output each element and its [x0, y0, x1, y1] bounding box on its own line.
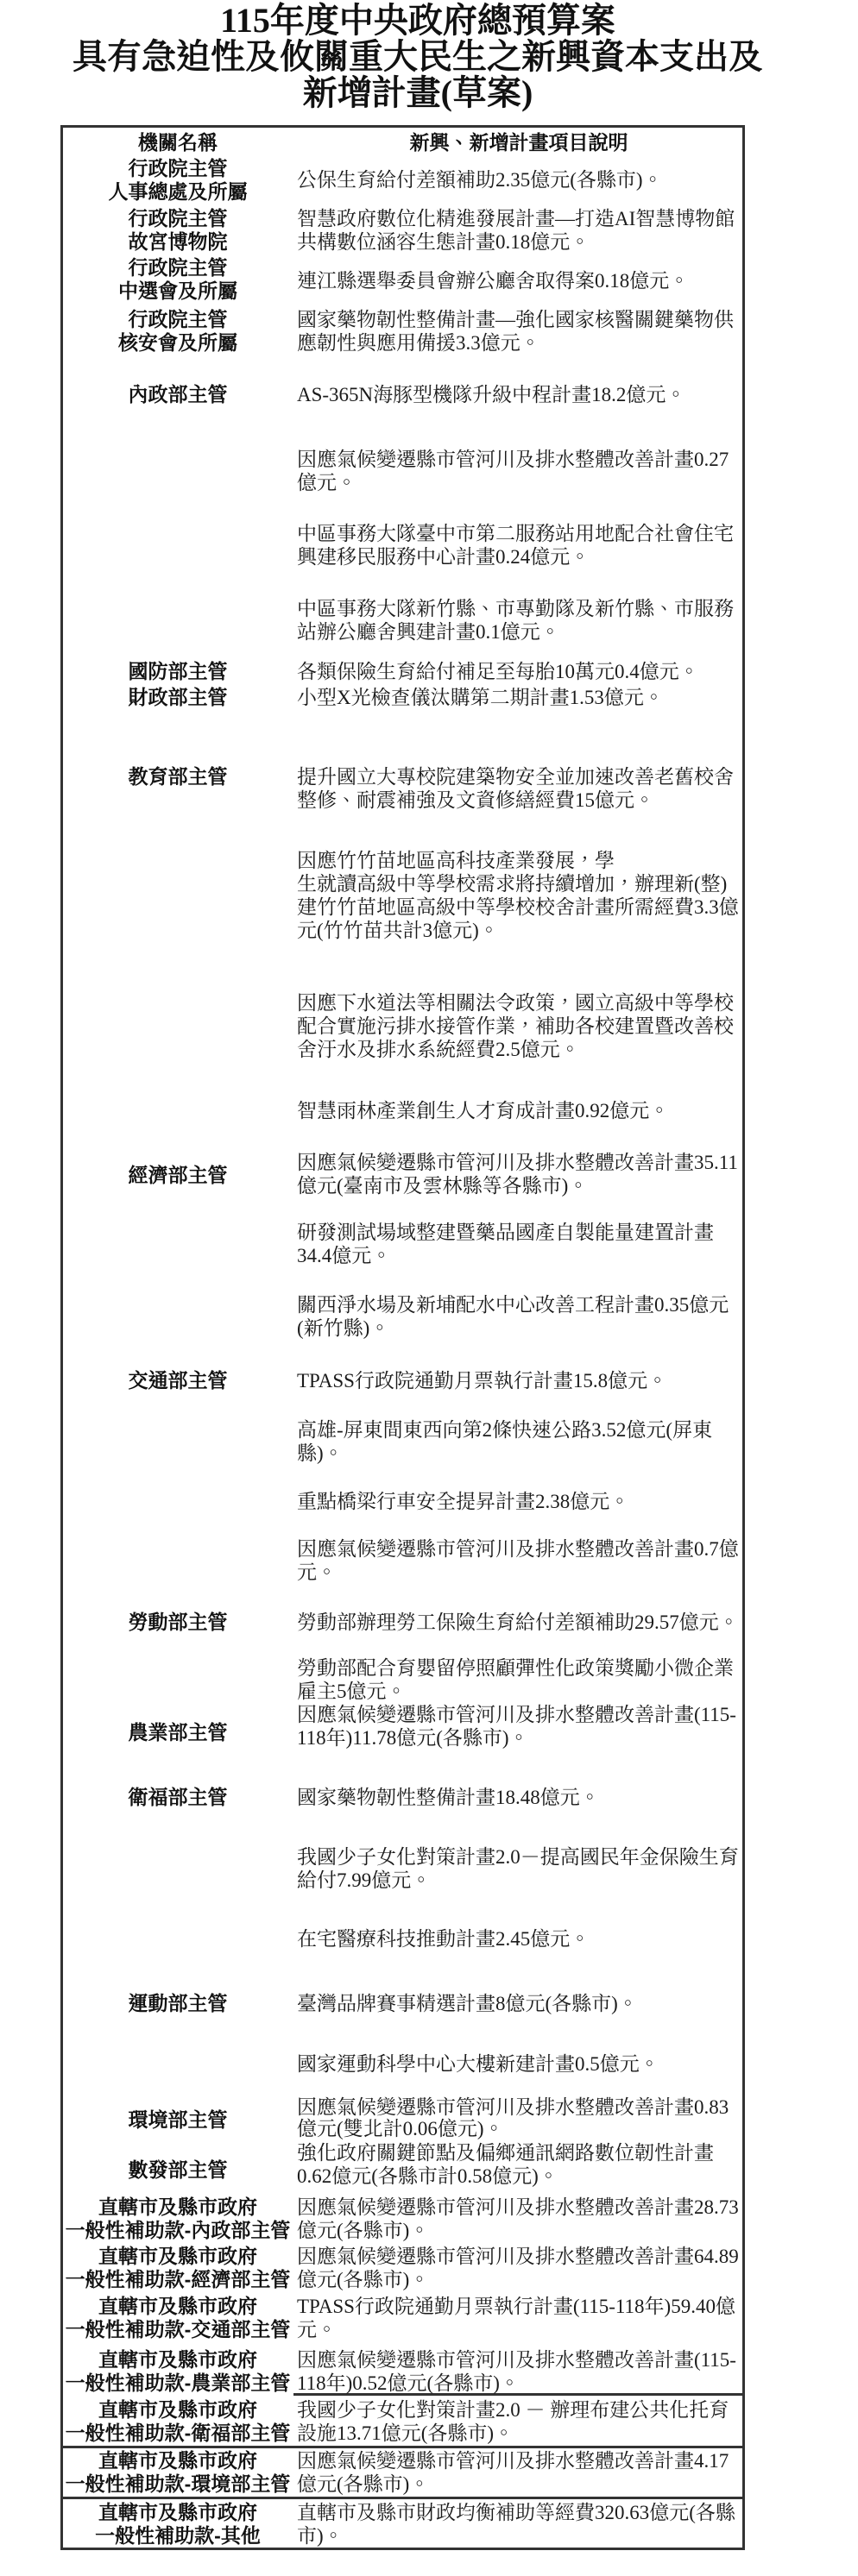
- description-line: 站辦公廳舍興建計畫0.1億元。: [297, 620, 742, 644]
- description-item: 連江縣選舉委員會辦公廳舍取得案0.18億元。: [297, 269, 742, 292]
- description-item: 因應氣候變遷縣市管河川及排水整體改善計畫28.73 億元(各縣市)。: [297, 2196, 742, 2242]
- agency-line: 交通部主管: [62, 1369, 293, 1392]
- agency-cell: 直轄市及縣市政府 一般性補助款-農業部主管: [62, 2348, 293, 2395]
- agency-line: 勞動部主管: [62, 1611, 293, 1634]
- description-line: 臺灣品牌賽事精選計畫8億元(各縣市)。: [297, 1992, 742, 2015]
- description-item: 中區事務大隊新竹縣、市專勤隊及新竹縣、市服務 站辦公廳舍興建計畫0.1億元。: [297, 597, 742, 644]
- description-item: 重點橋梁行車安全提昇計畫2.38億元。: [297, 1490, 742, 1513]
- description-line: 因應氣候變遷縣市管河川及排水整體改善計畫64.89: [297, 2245, 742, 2268]
- document-page: 115年度中央政府總預算案 具有急迫性及攸關重大民生之新興資本支出及 新增計畫(…: [0, 0, 858, 2576]
- description-line: 高雄-屏東間東西向第2條快速公路3.52億元(屏東: [297, 1418, 742, 1442]
- description-line: AS-365N海豚型機隊升級中程計畫18.2億元。: [297, 383, 742, 406]
- description-line: 因應氣候變遷縣市管河川及排水整體改善計畫28.73: [297, 2196, 742, 2219]
- agency-line: 直轄市及縣市政府: [62, 2449, 293, 2472]
- agency-line: 直轄市及縣市政府: [62, 2245, 293, 2268]
- description-line: 因應氣候變遷縣市管河川及排水整體改善計畫0.7億: [297, 1537, 742, 1561]
- description-item: 各類保險生育給付補足至每胎10萬元0.4億元。: [297, 660, 742, 683]
- description-line: 智慧政府數位化精進發展計畫—打造AI智慧博物館: [297, 207, 742, 230]
- description-line: 億元(各縣市)。: [297, 2219, 742, 2242]
- description-line: 整修、耐震補強及文資修繕經費15億元。: [297, 789, 742, 812]
- description-item: 智慧雨林產業創生人才育成計畫0.92億元。: [297, 1099, 742, 1122]
- description-line: 市)。: [297, 2524, 742, 2548]
- description-line: 億元(各縣市)。: [297, 2268, 742, 2291]
- description-item: TPASS行政院通勤月票執行計畫15.8億元。: [297, 1369, 742, 1392]
- agency-line: 直轄市及縣市政府: [62, 2398, 293, 2422]
- agency-cell: 行政院主管 核安會及所屬: [62, 308, 293, 355]
- description-line: 小型X光檢查儀汰購第二期計畫1.53億元。: [297, 686, 742, 709]
- agency-line: 行政院主管: [62, 256, 293, 280]
- agency-cell: 勞動部主管: [62, 1611, 293, 1634]
- agency-line: 故宮博物院: [62, 230, 293, 254]
- agency-line: 數發部主管: [62, 2158, 293, 2182]
- agency-cell: 內政部主管: [62, 383, 293, 406]
- description-item: 因應氣候變遷縣市管河川及排水整體改善計畫(115- 118年)11.78億元(各…: [297, 1703, 742, 1750]
- description-line: TPASS行政院通勤月票執行計畫(115-118年)59.40億: [297, 2295, 742, 2318]
- agency-cell: 行政院主管 人事總處及所屬: [62, 157, 293, 204]
- description-line: 國家運動科學中心大樓新建計畫0.5億元。: [297, 2052, 742, 2076]
- agency-line: 一般性補助款-經濟部主管: [62, 2268, 293, 2291]
- agency-line: 直轄市及縣市政府: [62, 2348, 293, 2372]
- agency-cell: 直轄市及縣市政府 一般性補助款-內政部主管: [62, 2196, 293, 2242]
- agency-line: 一般性補助款-農業部主管: [62, 2372, 293, 2395]
- agency-line: 財政部主管: [62, 686, 293, 709]
- description-line: 國家藥物韌性整備計畫—強化國家核醫關鍵藥物供: [297, 308, 742, 331]
- description-line: 因應氣候變遷縣市管河川及排水整體改善計畫(115-: [297, 1703, 742, 1726]
- agency-line: 運動部主管: [62, 1992, 293, 2015]
- table-header-agency: 機關名稱: [62, 131, 293, 154]
- agency-line: 一般性補助款-衛福部主管: [62, 2422, 293, 2445]
- description-item: 直轄市及縣市財政均衡補助等經費320.63億元(各縣 市)。: [297, 2501, 742, 2548]
- agency-line: 農業部主管: [62, 1721, 293, 1744]
- agency-line: 內政部主管: [62, 383, 293, 406]
- description-item: 國家藥物韌性整備計畫18.48億元。: [297, 1786, 742, 1809]
- description-item: 研發測試場域整建暨藥品國產自製能量建置計畫 34.4億元。: [297, 1221, 742, 1267]
- description-item: 因應氣候變遷縣市管河川及排水整體改善計畫0.7億 元。: [297, 1537, 742, 1584]
- description-line: 億元(各縣市)。: [297, 2472, 742, 2496]
- description-line: 強化政府關鍵節點及偏鄉通訊網路數位韌性計畫: [297, 2141, 742, 2164]
- description-item: 因應竹竹苗地區高科技產業發展，學 生就讀高級中等學校需求將持續增加，辦理新(整)…: [297, 849, 742, 942]
- description-line: 直轄市及縣市財政均衡補助等經費320.63億元(各縣: [297, 2501, 742, 2524]
- description-line: 配合實施污排水接管作業，補助各校建置暨改善校: [297, 1015, 742, 1038]
- agency-cell: 直轄市及縣市政府 一般性補助款-交通部主管: [62, 2295, 293, 2341]
- agency-line: 直轄市及縣市政府: [62, 2295, 293, 2318]
- description-item: 勞動部配合育嬰留停照顧彈性化政策獎勵小微企業 雇主5億元。: [297, 1656, 742, 1703]
- description-line: 118年)11.78億元(各縣市)。: [297, 1726, 742, 1750]
- agency-line: 行政院主管: [62, 308, 293, 331]
- agency-cell: 行政院主管 故宮博物院: [62, 207, 293, 254]
- description-line: 億元(雙北計0.06億元)。: [297, 2118, 742, 2139]
- description-item: 國家運動科學中心大樓新建計畫0.5億元。: [297, 2052, 742, 2076]
- description-item: 因應氣候變遷縣市管河川及排水整體改善計畫0.83 億元(雙北計0.06億元)。: [297, 2096, 742, 2139]
- agency-line: 直轄市及縣市政府: [62, 2501, 293, 2524]
- description-line: 共構數位涵容生態計畫0.18億元。: [297, 230, 742, 254]
- description-item: 關西淨水場及新埔配水中心改善工程計畫0.35億元 (新竹縣)。: [297, 1293, 742, 1340]
- description-line: 元。: [297, 1561, 742, 1584]
- row-divider: [60, 2446, 745, 2448]
- description-line: 提升國立大專校院建築物安全並加速改善老舊校舍: [297, 765, 742, 789]
- agency-cell: 直轄市及縣市政府 一般性補助款-環境部主管: [62, 2449, 293, 2496]
- description-item: 勞動部辦理勞工保險生育給付差額補助29.57億元。: [297, 1611, 742, 1634]
- description-item: 因應氣候變遷縣市管河川及排水整體改善計畫64.89 億元(各縣市)。: [297, 2245, 742, 2291]
- description-line: 因應氣候變遷縣市管河川及排水整體改善計畫0.27: [297, 448, 742, 471]
- description-line: 0.62億元(各縣市計0.58億元)。: [297, 2164, 742, 2188]
- agency-cell: 交通部主管: [62, 1369, 293, 1392]
- agency-cell: 教育部主管: [62, 765, 293, 789]
- description-line: 元(竹竹苗共計3億元)。: [297, 919, 742, 942]
- description-line: 元。: [297, 2318, 742, 2341]
- agency-cell: 直轄市及縣市政府 一般性補助款-其他: [62, 2501, 293, 2548]
- agency-cell: 國防部主管: [62, 660, 293, 683]
- description-line: 給付7.99億元。: [297, 1869, 742, 1892]
- document-title: 115年度中央政府總預算案 具有急迫性及攸關重大民生之新興資本支出及 新增計畫(…: [0, 3, 836, 111]
- description-line: 中區事務大隊臺中市第二服務站用地配合社會住宅: [297, 522, 742, 545]
- description-line: 勞動部配合育嬰留停照顧彈性化政策獎勵小微企業: [297, 1656, 742, 1680]
- title-line: 具有急迫性及攸關重大民生之新興資本支出及: [0, 39, 836, 75]
- agency-cell: 經濟部主管: [62, 1164, 293, 1187]
- agency-line: 經濟部主管: [62, 1164, 293, 1187]
- description-item: 因應氣候變遷縣市管河川及排水整體改善計畫35.11 億元(臺南市及雲林縣等各縣市…: [297, 1151, 742, 1197]
- table-header-description: 新興、新增計畫項目說明: [293, 131, 744, 154]
- description-line: 雇主5億元。: [297, 1680, 742, 1703]
- description-item: 我國少子女化對策計畫2.0 － 辦理布建公共化托育 設施13.71億元(各縣市)…: [297, 2398, 742, 2445]
- description-line: 勞動部辦理勞工保險生育給付差額補助29.57億元。: [297, 1611, 742, 1634]
- agency-cell: 直轄市及縣市政府 一般性補助款-衛福部主管: [62, 2398, 293, 2445]
- description-line: 因應竹竹苗地區高科技產業發展，學: [297, 849, 742, 872]
- description-item: 因應氣候變遷縣市管河川及排水整體改善計畫(115- 118年)0.52億元(各縣…: [297, 2348, 742, 2395]
- description-item: 智慧政府數位化精進發展計畫—打造AI智慧博物館 共構數位涵容生態計畫0.18億元…: [297, 207, 742, 254]
- description-line: (新竹縣)。: [297, 1316, 742, 1340]
- agency-line: 行政院主管: [62, 207, 293, 230]
- description-line: 我國少子女化對策計畫2.0 － 辦理布建公共化托育: [297, 2398, 742, 2422]
- description-item: 國家藥物韌性整備計畫—強化國家核醫關鍵藥物供 應韌性與應用備援3.3億元。: [297, 308, 742, 355]
- description-line: 我國少子女化對策計畫2.0－提高國民年金保險生育: [297, 1845, 742, 1869]
- agency-line: 一般性補助款-其他: [62, 2524, 293, 2548]
- description-item: 中區事務大隊臺中市第二服務站用地配合社會住宅 興建移民服務中心計畫0.24億元。: [297, 522, 742, 569]
- description-line: 因應氣候變遷縣市管河川及排水整體改善計畫(115-: [297, 2348, 742, 2372]
- agency-line: 環境部主管: [62, 2108, 293, 2132]
- description-item: 在宅醫療科技推動計畫2.45億元。: [297, 1927, 742, 1951]
- agency-cell: 運動部主管: [62, 1992, 293, 2015]
- description-item: 公保生育給付差額補助2.35億元(各縣市)。: [297, 168, 742, 192]
- description-line: 研發測試場域整建暨藥品國產自製能量建置計畫: [297, 1221, 742, 1244]
- row-divider: [60, 2497, 745, 2499]
- agency-cell: 環境部主管: [62, 2108, 293, 2132]
- agency-line: 中選會及所屬: [62, 280, 293, 303]
- description-line: 公保生育給付差額補助2.35億元(各縣市)。: [297, 168, 742, 192]
- description-line: 縣)。: [297, 1442, 742, 1465]
- description-line: 設施13.71億元(各縣市)。: [297, 2422, 742, 2445]
- agency-line: 一般性補助款-內政部主管: [62, 2219, 293, 2242]
- description-line: 億元。: [297, 471, 742, 494]
- title-line: 115年度中央政府總預算案: [0, 3, 836, 39]
- description-item: 提升國立大專校院建築物安全並加速改善老舊校舍 整修、耐震補強及文資修繕經費15億…: [297, 765, 742, 812]
- description-line: 智慧雨林產業創生人才育成計畫0.92億元。: [297, 1099, 742, 1122]
- description-item: 小型X光檢查儀汰購第二期計畫1.53億元。: [297, 686, 742, 709]
- agency-cell: 農業部主管: [62, 1721, 293, 1744]
- description-line: 中區事務大隊新竹縣、市專勤隊及新竹縣、市服務: [297, 597, 742, 620]
- description-item: 因應下水道法等相關法令政策，國立高級中等學校 配合實施污排水接管作業，補助各校建…: [297, 991, 742, 1061]
- agency-cell: 衛福部主管: [62, 1786, 293, 1809]
- description-line: 生就讀高級中等學校需求將持續增加，辦理新(整): [297, 872, 742, 895]
- description-line: 連江縣選舉委員會辦公廳舍取得案0.18億元。: [297, 269, 742, 292]
- description-line: 應韌性與應用備援3.3億元。: [297, 331, 742, 355]
- description-line: 億元(臺南市及雲林縣等各縣市)。: [297, 1174, 742, 1197]
- description-line: 因應氣候變遷縣市管河川及排水整體改善計畫4.17: [297, 2449, 742, 2472]
- description-line: 國家藥物韌性整備計畫18.48億元。: [297, 1786, 742, 1809]
- agency-line: 國防部主管: [62, 660, 293, 683]
- description-line: 重點橋梁行車安全提昇計畫2.38億元。: [297, 1490, 742, 1513]
- description-line: 興建移民服務中心計畫0.24億元。: [297, 545, 742, 569]
- description-line: 關西淨水場及新埔配水中心改善工程計畫0.35億元: [297, 1293, 742, 1316]
- agency-cell: 數發部主管: [62, 2158, 293, 2182]
- description-item: 因應氣候變遷縣市管河川及排水整體改善計畫0.27 億元。: [297, 448, 742, 494]
- description-line: 在宅醫療科技推動計畫2.45億元。: [297, 1927, 742, 1951]
- agency-line: 一般性補助款-交通部主管: [62, 2318, 293, 2341]
- agency-cell: 財政部主管: [62, 686, 293, 709]
- agency-line: 教育部主管: [62, 765, 293, 789]
- agency-cell: 行政院主管 中選會及所屬: [62, 256, 293, 303]
- agency-line: 人事總處及所屬: [62, 180, 293, 204]
- title-line: 新增計畫(草案): [0, 75, 836, 111]
- agency-line: 直轄市及縣市政府: [62, 2196, 293, 2219]
- description-line: 因應下水道法等相關法令政策，國立高級中等學校: [297, 991, 742, 1015]
- description-item: 強化政府關鍵節點及偏鄉通訊網路數位韌性計畫 0.62億元(各縣市計0.58億元)…: [297, 2141, 742, 2188]
- description-line: 因應氣候變遷縣市管河川及排水整體改善計畫0.83: [297, 2096, 742, 2118]
- description-item: 我國少子女化對策計畫2.0－提高國民年金保險生育 給付7.99億元。: [297, 1845, 742, 1892]
- description-item: 高雄-屏東間東西向第2條快速公路3.52億元(屏東 縣)。: [297, 1418, 742, 1465]
- description-item: AS-365N海豚型機隊升級中程計畫18.2億元。: [297, 383, 742, 406]
- description-line: 舍汙水及排水系統經費2.5億元。: [297, 1038, 742, 1061]
- description-line: TPASS行政院通勤月票執行計畫15.8億元。: [297, 1369, 742, 1392]
- agency-line: 核安會及所屬: [62, 331, 293, 355]
- agency-line: 衛福部主管: [62, 1786, 293, 1809]
- description-line: 各類保險生育給付補足至每胎10萬元0.4億元。: [297, 660, 742, 683]
- description-item: 因應氣候變遷縣市管河川及排水整體改善計畫4.17 億元(各縣市)。: [297, 2449, 742, 2496]
- description-line: 34.4億元。: [297, 1244, 742, 1267]
- description-line: 因應氣候變遷縣市管河川及排水整體改善計畫35.11: [297, 1151, 742, 1174]
- description-item: 臺灣品牌賽事精選計畫8億元(各縣市)。: [297, 1992, 742, 2015]
- description-line: 118年)0.52億元(各縣市)。: [297, 2372, 742, 2395]
- agency-line: 行政院主管: [62, 157, 293, 180]
- agency-line: 一般性補助款-環境部主管: [62, 2472, 293, 2496]
- agency-cell: 直轄市及縣市政府 一般性補助款-經濟部主管: [62, 2245, 293, 2291]
- description-item: TPASS行政院通勤月票執行計畫(115-118年)59.40億 元。: [297, 2295, 742, 2341]
- description-line: 建竹竹苗地區高級中等學校校舍計畫所需經費3.3億: [297, 895, 742, 919]
